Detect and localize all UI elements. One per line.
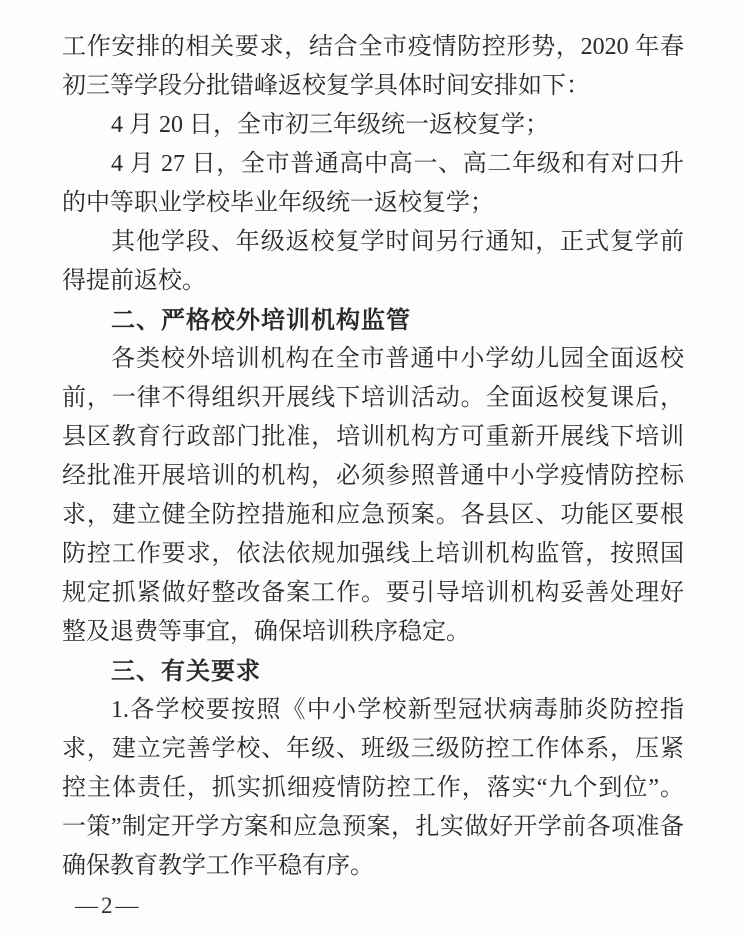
- document-line: 县区教育行政部门批准，培训机构方可重新开展线下培训业务。: [62, 418, 684, 457]
- document-line: 4 月 20 日，全市初三年级统一返校复学；: [62, 106, 684, 145]
- document-page: 工作安排的相关要求，结合全市疫情防控形势，2020 年春季学期 初三等学段分批错…: [0, 0, 744, 935]
- section-heading-2: 二、严格校外培训机构监管: [62, 301, 684, 340]
- document-line: 的中等职业学校毕业年级统一返校复学；: [62, 184, 684, 223]
- document-line: 确保教育教学工作平稳有序。: [62, 847, 684, 886]
- section-heading-3: 三、有关要求: [62, 652, 684, 691]
- document-line: 前，一律不得组织开展线下培训活动。全面返校复课后，经所属: [62, 379, 684, 418]
- document-line: 整及退费等事宜，确保培训秩序稳定。: [62, 613, 684, 652]
- page-number: —2—: [62, 886, 684, 925]
- document-line: 4 月 27 日，全市普通高中高一、高二年级和有对口升学任务: [62, 145, 684, 184]
- document-line: 1.各学校要按照《中小学校新型冠状病毒肺炎防控指南》要: [62, 691, 684, 730]
- document-line: 规定抓紧做好整改备案工作。要引导培训机构妥善处理好课程调: [62, 574, 684, 613]
- document-line: 一策”制定开学方案和应急预案，扎实做好开学前各项准备工作，: [62, 808, 684, 847]
- document-line: 初三等学段分批错峰返校复学具体时间安排如下：: [62, 67, 684, 106]
- document-line: 求，建立完善学校、年级、班级三级防控工作体系，压紧压实防: [62, 730, 684, 769]
- document-line: 控主体责任，抓实抓细疫情防控工作，落实“九个到位”。要“一校: [62, 769, 684, 808]
- document-line: 防控工作要求，依法依规加强线上培训机构监管，按照国家有关: [62, 535, 684, 574]
- document-line: 求，建立健全防控措施和应急预案。各县区、功能区要根据疫情: [62, 496, 684, 535]
- document-line: 各类校外培训机构在全市普通中小学幼儿园全面返校复课: [62, 340, 684, 379]
- document-line: 得提前返校。: [62, 262, 684, 301]
- document-line: 经批准开展培训的机构，必须参照普通中小学疫情防控标准和要: [62, 457, 684, 496]
- document-line: 工作安排的相关要求，结合全市疫情防控形势，2020 年春季学期: [62, 28, 684, 67]
- document-line: 其他学段、年级返校复学时间另行通知，正式复学前学生不: [62, 223, 684, 262]
